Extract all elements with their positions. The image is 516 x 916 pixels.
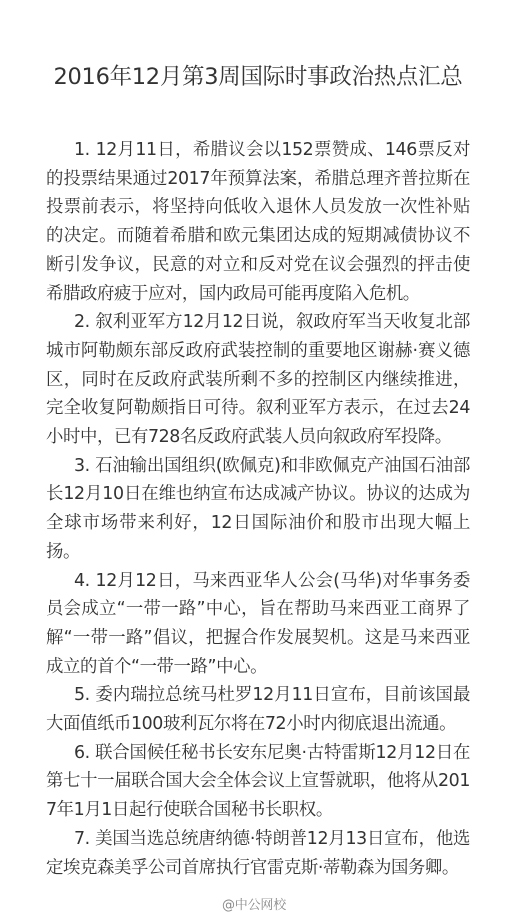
- news-item-4: 4. 12月12日，马来西亚华人公会(马华)对华事务委员会成立“一带一路”中心，…: [46, 567, 470, 682]
- news-item-2: 2. 叙利亚军方12月12日说，叙政府军当天收复北部城市阿勒颇东部反政府武装控制…: [46, 308, 470, 452]
- news-item-3: 3. 石油输出国组织(欧佩克)和非欧佩克产油国石油部长12月10日在维也纳宣布达…: [46, 452, 470, 567]
- watermark: @中公网校: [222, 894, 286, 913]
- news-item-7: 7. 美国当选总统唐纳德·特朗普12月13日宣布，他选定埃克森美孚公司首席执行官…: [46, 825, 470, 882]
- news-item-6: 6. 联合国候任秘书长安东尼奥·古特雷斯12月12日在第七十一届联合国大会全体会…: [46, 739, 470, 825]
- page-title: 2016年12月第3周国际时事政治热点汇总: [40, 60, 476, 94]
- news-item-5: 5. 委内瑞拉总统马杜罗12月11日宣布，目前该国最大面值纸币100玻利瓦尔将在…: [46, 681, 470, 738]
- news-item-1: 1. 12月11日，希腊议会以152票赞成、146票反对的投票结果通过2017年…: [46, 136, 470, 308]
- article-body: 1. 12月11日，希腊议会以152票赞成、146票反对的投票结果通过2017年…: [46, 136, 470, 882]
